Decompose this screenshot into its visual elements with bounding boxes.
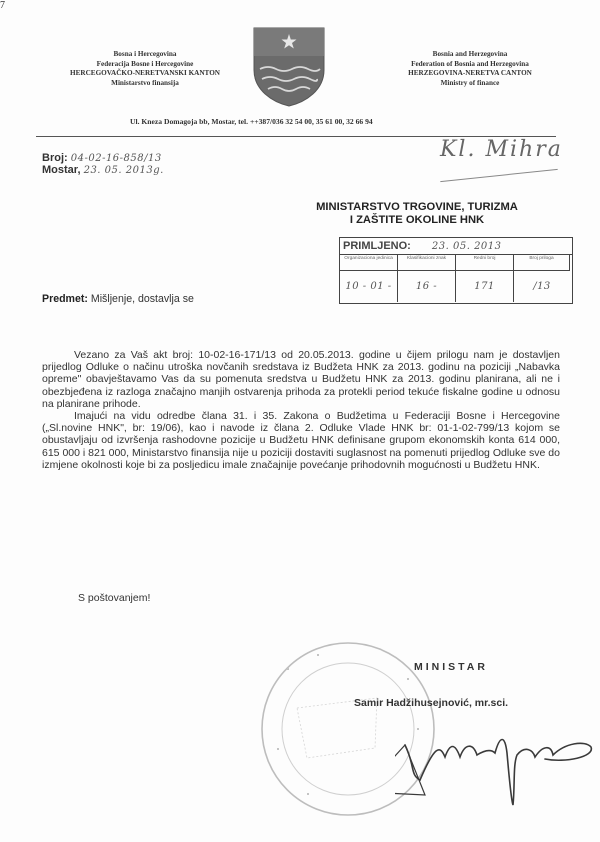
- signatory-name: Samir Hadžihusejnović, mr.sci.: [354, 697, 508, 709]
- stamp-value: 171: [456, 271, 514, 302]
- handwritten-note-underline: [440, 169, 557, 182]
- recipient-line: I ZAŠTITE OKOLINE HNK: [282, 214, 552, 227]
- scan-mark: 7: [0, 0, 5, 11]
- letterhead-left-line: Bosna i Hercegovina: [40, 50, 250, 60]
- received-stamp: PRIMLJENO: 23. 05. 2013 Organizaciona je…: [339, 237, 573, 304]
- stamp-column-header: Klasifikacioni znak: [398, 255, 456, 271]
- reference-number-label: Broj:: [42, 152, 68, 164]
- letterhead-right: Bosnia and Herzegovina Federation of Bos…: [355, 50, 585, 88]
- letter-body: Vezano za Vaš akt broj: 10-02-16-171/13 …: [42, 349, 560, 471]
- coat-of-arms-icon: [250, 24, 328, 108]
- subject-text: Mišljenje, dostavlja se: [91, 293, 194, 305]
- body-paragraph: Imajući na vidu odredbe člana 31. i 35. …: [42, 410, 560, 471]
- stamp-column-header: Broj priloga: [514, 255, 570, 271]
- place-date: Mostar, 23. 05. 2013g.: [42, 164, 164, 176]
- letterhead-left-line: Federacija Bosne i Hercegovine: [40, 60, 250, 70]
- recipient-line: MINISTARSTVO TRGOVINE, TURIZMA: [282, 201, 552, 214]
- received-stamp-date: 23. 05. 2013: [432, 241, 502, 252]
- stamp-value: 16 -: [398, 271, 456, 302]
- letterhead-left-line: HERCEGOVAČKO-NERETVANSKI KANTON: [40, 69, 250, 79]
- received-stamp-title: PRIMLJENO:: [343, 240, 411, 252]
- place-label: Mostar,: [42, 164, 81, 176]
- stamp-value: /13: [514, 271, 570, 302]
- stamp-value: 10 - 01 -: [340, 271, 398, 302]
- letterhead-right-line: Federation of Bosnia and Herzegovina: [355, 60, 585, 70]
- subject-label: Predmet:: [42, 293, 88, 305]
- stamp-column-header: Redni broj: [456, 255, 514, 271]
- letterhead-right-line: Bosnia and Herzegovina: [355, 50, 585, 60]
- recipient-block: MINISTARSTVO TRGOVINE, TURIZMA I ZAŠTITE…: [282, 201, 552, 227]
- handwritten-note: Kl. Mihra: [440, 137, 563, 162]
- letterhead-right-line: Ministry of finance: [355, 79, 585, 89]
- document-page: 7 Bosna i Hercegovina Federacija Bosne i…: [0, 0, 600, 842]
- stamp-column-header: Organizaciona jedinica: [340, 255, 398, 271]
- signatory-title: MINISTAR: [414, 661, 488, 673]
- letterhead-left: Bosna i Hercegovina Federacija Bosne i H…: [40, 50, 250, 88]
- received-stamp-grid: Organizaciona jedinica Klasifikacioni zn…: [340, 255, 572, 302]
- handwritten-signature-icon: [395, 715, 595, 810]
- reference-number-value: 04-02-16-858/13: [71, 153, 162, 164]
- letterhead-right-line: HERZEGOVINA-NERETVA CANTON: [355, 69, 585, 79]
- letterhead-left-line: Ministarstvo finansija: [40, 79, 250, 89]
- body-paragraph: Vezano za Vaš akt broj: 10-02-16-171/13 …: [42, 349, 560, 410]
- closing-salutation: S poštovanjem!: [78, 592, 150, 604]
- date-value: 23. 05. 2013g.: [84, 165, 164, 176]
- subject-line: Predmet: Mišljenje, dostavlja se: [42, 293, 194, 305]
- reference-number: Broj: 04-02-16-858/13: [42, 152, 162, 164]
- letterhead-address: Ul. Kneza Domagoja bb, Mostar, tel. ++38…: [130, 117, 373, 126]
- received-stamp-header: PRIMLJENO: 23. 05. 2013: [340, 238, 572, 255]
